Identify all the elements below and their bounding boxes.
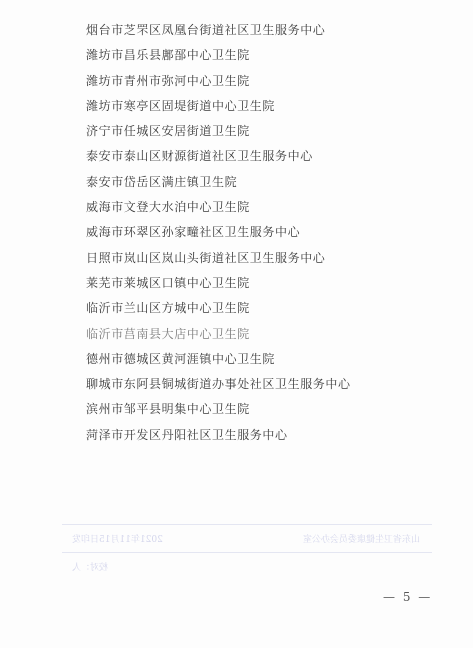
institution-item: 聊城市东阿县铜城街道办事处社区卫生服务中心 — [86, 375, 351, 400]
institution-item: 临沂市莒南县大店中心卫生院 — [86, 325, 351, 350]
institution-item: 潍坊市寒亭区固堤街道中心卫生院 — [86, 97, 351, 122]
institution-item: 威海市环翠区孙家疃社区卫生服务中心 — [86, 223, 351, 248]
institution-item: 滨州市邹平县明集中心卫生院 — [86, 400, 351, 425]
institution-list: 烟台市芝罘区凤凰台街道社区卫生服务中心 潍坊市昌乐县鄌郚中心卫生院 潍坊市青州市… — [86, 21, 351, 451]
institution-item: 莱芜市莱城区口镇中心卫生院 — [86, 274, 351, 299]
bleed-rule-top — [62, 524, 432, 525]
bleed-through-text: 校对：人 — [72, 560, 108, 573]
institution-item: 潍坊市青州市弥河中心卫生院 — [86, 72, 351, 97]
institution-item: 潍坊市昌乐县鄌郚中心卫生院 — [86, 46, 351, 71]
bleed-through-line-1: 山东省卫生健康委员会办公室 2021年11月15日印发 — [62, 532, 432, 546]
institution-item: 德州市德城区黄河涯镇中心卫生院 — [86, 350, 351, 375]
institution-item: 菏泽市开发区丹阳社区卫生服务中心 — [86, 426, 351, 451]
institution-item: 威海市文登大水泊中心卫生院 — [86, 198, 351, 223]
institution-item: 临沂市兰山区方城中心卫生院 — [86, 299, 351, 324]
bleed-through-line-2: 校对：人 — [62, 560, 432, 574]
institution-item: 济宁市任城区安居街道卫生院 — [86, 122, 351, 147]
bleed-rule-middle — [62, 552, 432, 553]
bleed-through-text: 山东省卫生健康委员会办公室 — [303, 532, 420, 545]
bleed-through-text: 2021年11月15日印发 — [72, 532, 163, 545]
page-number: — 5 — — [383, 590, 432, 604]
institution-item: 泰安市泰山区财源街道社区卫生服务中心 — [86, 147, 351, 172]
institution-item: 日照市岚山区岚山头街道社区卫生服务中心 — [86, 249, 351, 274]
document-page: 烟台市芝罘区凤凰台街道社区卫生服务中心 潍坊市昌乐县鄌郚中心卫生院 潍坊市青州市… — [0, 0, 473, 648]
institution-item: 烟台市芝罘区凤凰台街道社区卫生服务中心 — [86, 21, 351, 46]
institution-item: 泰安市岱岳区满庄镇卫生院 — [86, 173, 351, 198]
